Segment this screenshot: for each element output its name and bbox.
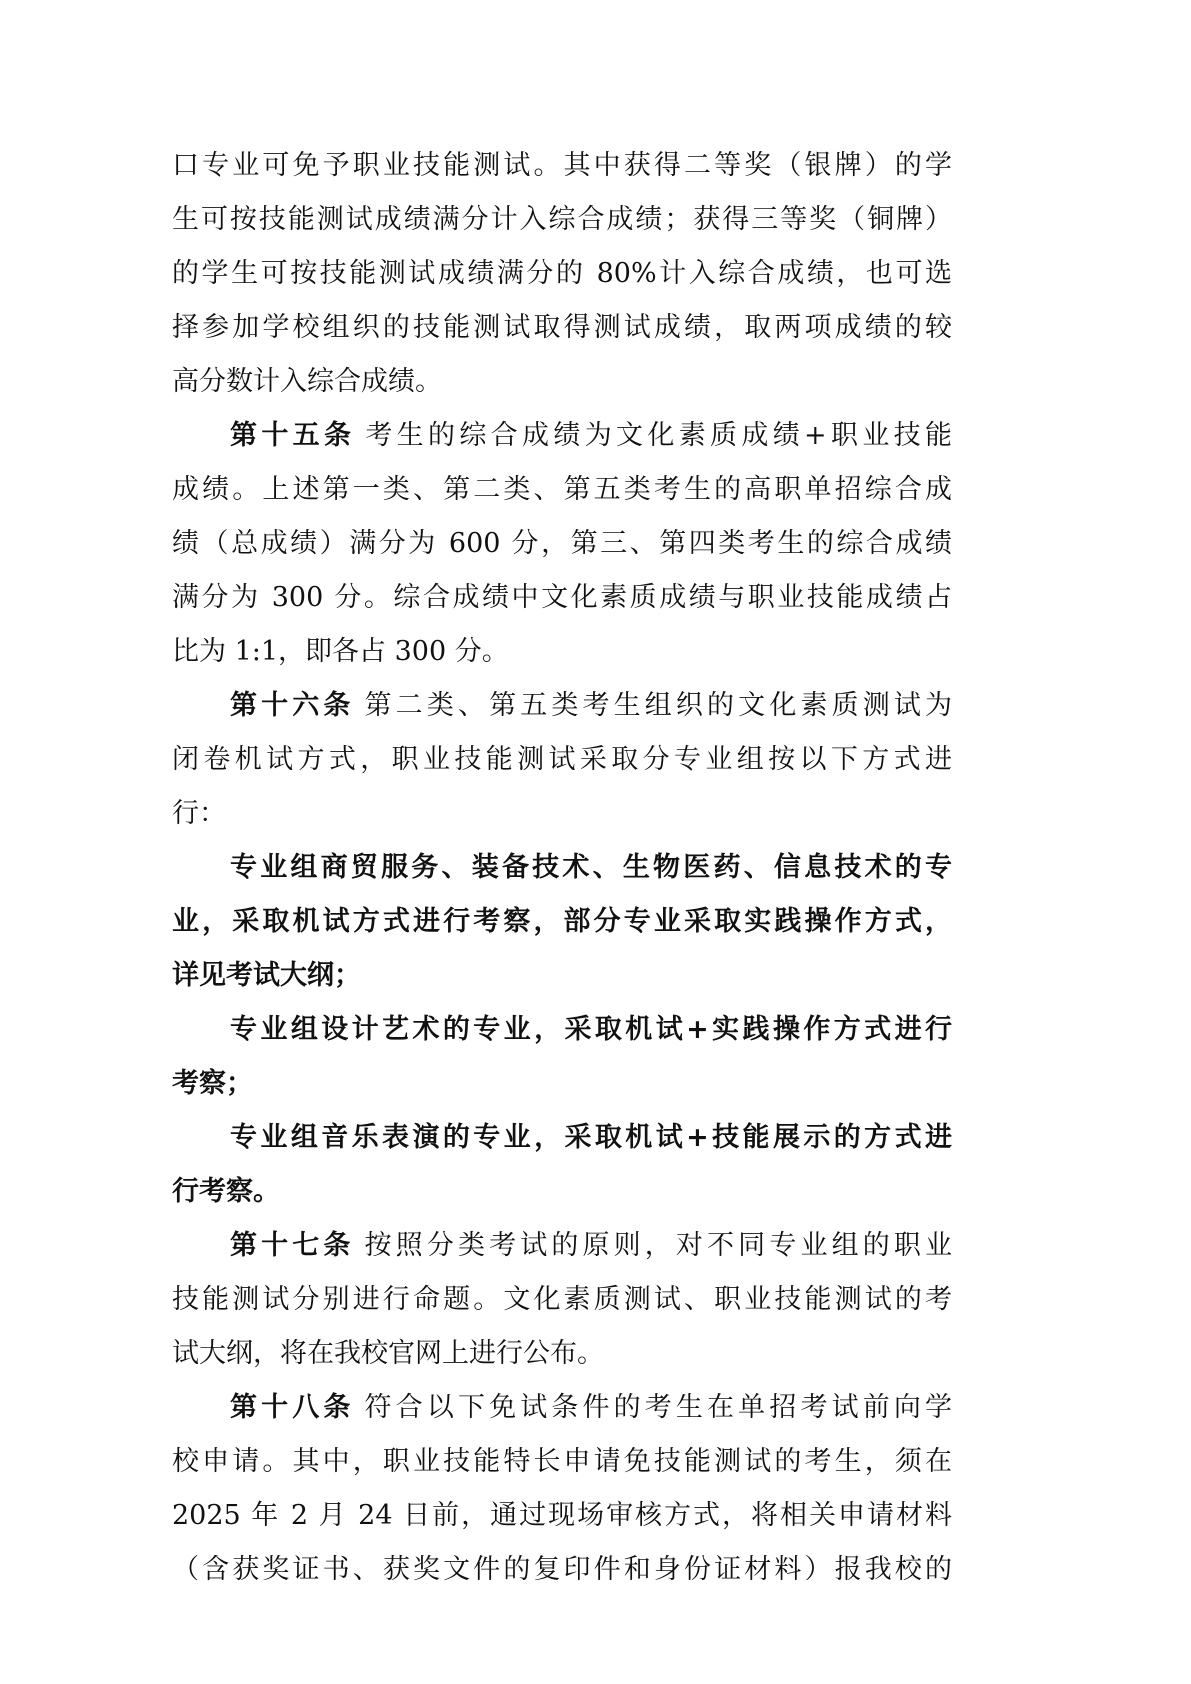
text-line: 行考察。 (172, 1165, 952, 1219)
article-17: 第十七条按照分类考试的原则，对不同专业组的职业 技能测试分别进行命题。文化素质测… (172, 1219, 952, 1381)
article-16: 第十六条第二类、第五类考生组织的文化素质测试为 闭卷机试方式，职业技能测试采取分… (172, 679, 952, 841)
bold-item-music-performance: 专业组音乐表演的专业，采取机试+技能展示的方式进 行考察。 (172, 1111, 952, 1219)
text-line: 详见考试大纲； (172, 949, 952, 1003)
bold-item-design-art: 专业组设计艺术的专业，采取机试+实践操作方式进行 考察； (172, 1003, 952, 1111)
article-18: 第十八条符合以下免试条件的考生在单招考试前向学 校申请。其中，职业技能特长申请免… (172, 1381, 952, 1597)
text-line: 第十五条考生的综合成绩为文化素质成绩+职业技能 (172, 409, 952, 463)
text-line: （含获奖证书、获奖文件的复印件和身份证材料）报我校的 (172, 1543, 952, 1597)
text-line: 考察； (172, 1057, 952, 1111)
document-page: 口专业可免予职业技能测试。其中获得二等奖（银牌）的学 生可按技能测试成绩满分计入… (172, 139, 952, 1597)
article-heading: 第十六条 (230, 690, 355, 721)
text-line: 行： (172, 787, 952, 841)
paragraph-continuation: 口专业可免予职业技能测试。其中获得二等奖（银牌）的学 生可按技能测试成绩满分计入… (172, 139, 952, 409)
text-span: 考生的综合成绩为文化素质成绩+职业技能 (365, 420, 952, 451)
text-line: 绩（总成绩）满分为 600 分，第三、第四类考生的综合成绩 (172, 517, 952, 571)
text-line: 比为 1:1，即各占 300 分。 (172, 625, 952, 679)
text-span: 按照分类考试的原则，对不同专业组的职业 (365, 1230, 952, 1261)
text-line: 满分为 300 分。综合成绩中文化素质成绩与职业技能成绩占 (172, 571, 952, 625)
text-line: 技能测试分别进行命题。文化素质测试、职业技能测试的考 (172, 1273, 952, 1327)
text-line: 试大纲，将在我校官网上进行公布。 (172, 1327, 952, 1381)
text-line: 专业组设计艺术的专业，采取机试+实践操作方式进行 (172, 1003, 952, 1057)
text-line: 闭卷机试方式，职业技能测试采取分专业组按以下方式进 (172, 733, 952, 787)
text-line: 第十八条符合以下免试条件的考生在单招考试前向学 (172, 1381, 952, 1435)
text-line: 第十六条第二类、第五类考生组织的文化素质测试为 (172, 679, 952, 733)
text-line: 校申请。其中，职业技能特长申请免技能测试的考生，须在 (172, 1435, 952, 1489)
text-line: 业，采取机试方式进行考察，部分专业采取实践操作方式， (172, 895, 952, 949)
article-heading: 第十八条 (230, 1392, 355, 1423)
article-15: 第十五条考生的综合成绩为文化素质成绩+职业技能 成绩。上述第一类、第二类、第五类… (172, 409, 952, 679)
article-heading: 第十五条 (230, 420, 355, 451)
text-span: 符合以下免试条件的考生在单招考试前向学 (365, 1392, 952, 1423)
text-line: 成绩。上述第一类、第二类、第五类考生的高职单招综合成 (172, 463, 952, 517)
text-line: 专业组商贸服务、装备技术、生物医药、信息技术的专 (172, 841, 952, 895)
text-line: 口专业可免予职业技能测试。其中获得二等奖（银牌）的学 (172, 139, 952, 193)
bold-item-business-tech: 专业组商贸服务、装备技术、生物医药、信息技术的专 业，采取机试方式进行考察，部分… (172, 841, 952, 1003)
article-heading: 第十七条 (230, 1230, 355, 1261)
text-line: 第十七条按照分类考试的原则，对不同专业组的职业 (172, 1219, 952, 1273)
text-line: 的学生可按技能测试成绩满分的 80%计入综合成绩，也可选 (172, 247, 952, 301)
text-line: 生可按技能测试成绩满分计入综合成绩；获得三等奖（铜牌） (172, 193, 952, 247)
text-span: 第二类、第五类考生组织的文化素质测试为 (365, 690, 952, 721)
text-line: 择参加学校组织的技能测试取得测试成绩，取两项成绩的较 (172, 301, 952, 355)
text-line: 2025 年 2 月 24 日前，通过现场审核方式，将相关申请材料 (172, 1489, 952, 1543)
text-line: 高分数计入综合成绩。 (172, 355, 952, 409)
text-line: 专业组音乐表演的专业，采取机试+技能展示的方式进 (172, 1111, 952, 1165)
